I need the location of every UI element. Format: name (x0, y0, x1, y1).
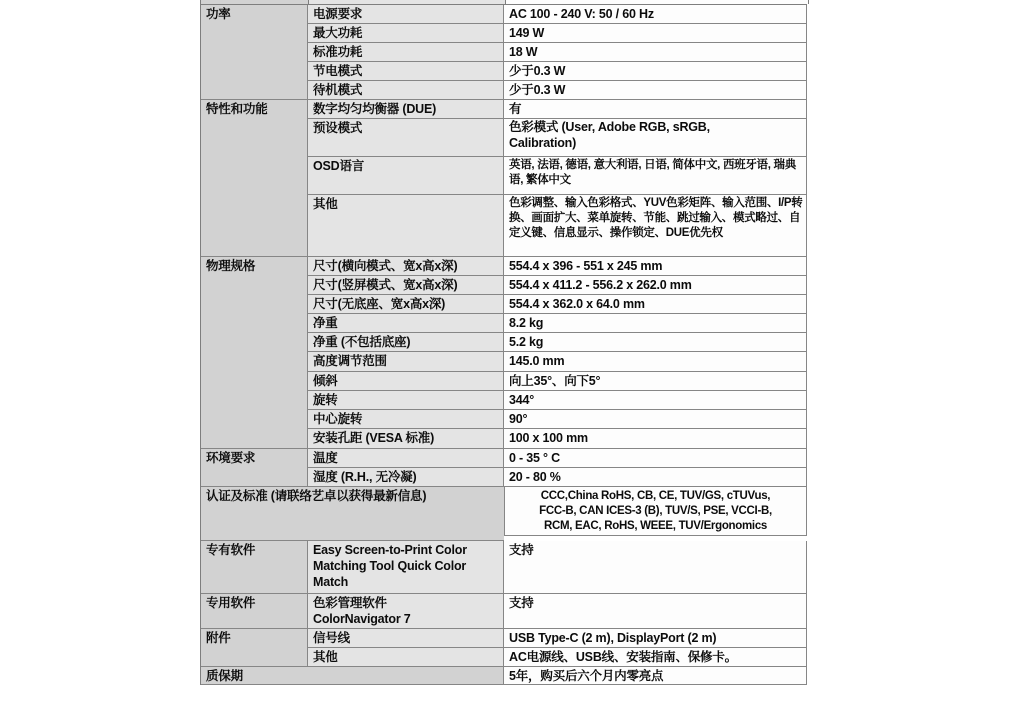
spec-value: 8.2 kg (504, 314, 807, 333)
spec-value: USB Type-C (2 m), DisplayPort (2 m) (504, 629, 807, 648)
spec-value: 554.4 x 362.0 x 64.0 mm (504, 295, 807, 314)
category-environment: 环境要求 (201, 449, 308, 487)
spec-value: 344° (504, 391, 807, 410)
spec-label: 温度 (308, 449, 504, 468)
spec-label: 数字均匀均衡器 (DUE) (308, 100, 504, 119)
spec-value: 少于0.3 W (504, 81, 807, 100)
spec-label: 尺寸(无底座、宽x高x深) (308, 295, 504, 314)
spec-label: 标准功耗 (308, 43, 504, 62)
spec-value: 149 W (504, 24, 807, 43)
spec-value: 90° (504, 410, 807, 429)
certification-value-cell: CCC,China RoHS, CB, CE, TUV/GS, cTUVus, … (504, 487, 807, 541)
spec-label: 中心旋转 (308, 410, 504, 429)
warranty-label-cell: 质保期 (201, 667, 504, 685)
spec-label: 倾斜 (308, 372, 504, 391)
category-proprietary-software: 专有软件 (201, 541, 308, 594)
spec-value: 554.4 x 396 - 551 x 245 mm (504, 257, 807, 276)
spec-value: 0 - 35 ° C (504, 449, 807, 468)
spec-value: 18 W (504, 43, 807, 62)
spec-label: 高度调节范围 (308, 352, 504, 372)
spec-label: 待机模式 (308, 81, 504, 100)
category-power: 功率 (201, 5, 308, 100)
spec-value: 有 (504, 100, 807, 119)
spec-label: 净重 (不包括底座) (308, 333, 504, 352)
category-dedicated-software: 专用软件 (201, 594, 308, 629)
spec-label: 尺寸(竖屏模式、宽x高x深) (308, 276, 504, 295)
spec-value: 554.4 x 411.2 - 556.2 x 262.0 mm (504, 276, 807, 295)
spec-label: 旋转 (308, 391, 504, 410)
spec-value: 5.2 kg (504, 333, 807, 352)
spec-label: 电源要求 (308, 5, 504, 24)
category-physical-specs: 物理规格 (201, 257, 308, 449)
spec-label: 湿度 (R.H., 无冷凝) (308, 468, 504, 487)
spec-label: OSD语言 (308, 157, 504, 195)
spec-value: 色彩模式 (User, Adobe RGB, sRGB, Calibration… (504, 119, 807, 157)
spec-label: 最大功耗 (308, 24, 504, 43)
certification-value: CCC,China RoHS, CB, CE, TUV/GS, cTUVus, … (504, 487, 807, 536)
spec-label: 净重 (308, 314, 504, 333)
spec-value: 支持 (504, 541, 807, 594)
warranty-value-cell: 5年，购买后六个月内零亮点 (504, 667, 807, 685)
spec-value: 向上35°、向下5° (504, 372, 807, 391)
spec-value: AC 100 - 240 V: 50 / 60 Hz (504, 5, 807, 24)
spec-value: AC电源线、USB线、安装指南、保修卡。 (504, 648, 807, 667)
spec-label: 其他 (308, 195, 504, 257)
category-accessories: 附件 (201, 629, 308, 667)
category-features: 特性和功能 (201, 100, 308, 257)
spec-label: 色彩管理软件 ColorNavigator 7 (308, 594, 504, 629)
spec-value: 100 x 100 mm (504, 429, 807, 449)
spec-label: 预设模式 (308, 119, 504, 157)
spec-value: 英语, 法语, 德语, 意大利语, 日语, 简体中文, 西班牙语, 瑞典语, 繁… (504, 157, 807, 195)
spec-value: 少于0.3 W (504, 62, 807, 81)
spec-label: 尺寸(横向模式、宽x高x深) (308, 257, 504, 276)
spec-label: 信号线 (308, 629, 504, 648)
spec-value: 色彩调整、输入色彩格式、YUV色彩矩阵、输入范围、I/P转换、画面扩大、菜单旋转… (504, 195, 807, 257)
spec-label: 其他 (308, 648, 504, 667)
spec-value: 145.0 mm (504, 352, 807, 372)
spec-table: 功率 特性和功能 物理规格 环境要求 电源要求 AC 100 - 240 V: … (200, 4, 807, 685)
certification-label-cell: 认证及标准 (请联络艺卓以获得最新信息) (201, 487, 504, 541)
spec-label: 安装孔距 (VESA 标准) (308, 429, 504, 449)
spec-value: 20 - 80 % (504, 468, 807, 487)
divider (808, 0, 809, 4)
spec-label: Easy Screen-to-Print Color Matching Tool… (308, 541, 504, 594)
spec-value: 支持 (504, 594, 807, 629)
spec-label: 节电模式 (308, 62, 504, 81)
